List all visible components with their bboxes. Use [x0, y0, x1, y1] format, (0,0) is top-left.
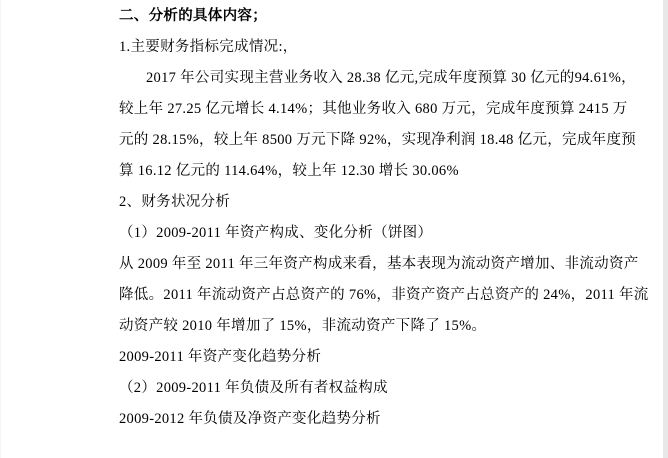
list-item-heading: （1）2009-2011 年资产构成、变化分析（饼图）	[119, 218, 561, 249]
document-line: 元的 28.15%，较上年 8500 万元下降 92%，实现净利润 18.48 …	[119, 125, 561, 156]
section-heading: 二、分析的具体内容；	[119, 1, 561, 32]
document-page: 二、分析的具体内容； 1.主要财务指标完成情况:， 2017 年公司实现主营业务…	[0, 0, 668, 458]
document-line: 2009-2011 年资产变化趋势分析	[119, 342, 561, 373]
document-line: 2017 年公司实现主营业务收入 28.38 亿元,完成年度预算 30 亿元的9…	[119, 63, 561, 94]
document-text-block: 二、分析的具体内容； 1.主要财务指标完成情况:， 2017 年公司实现主营业务…	[119, 1, 561, 435]
page-edge-shadow	[663, 0, 668, 458]
document-line: 降低。2011 年流动资产占总资产的 76%，非资产资产占总资产的 24%，20…	[119, 280, 561, 311]
document-line: 算 16.12 亿元的 114.64%，较上年 12.30 增长 30.06%	[119, 156, 561, 187]
document-line: 较上年 27.25 亿元增长 4.14%；其他业务收入 680 万元，完成年度预…	[119, 94, 561, 125]
list-item-heading: （2）2009-2011 年负债及所有者权益构成	[119, 373, 561, 404]
document-line: 从 2009 年至 2011 年三年资产构成来看，基本表现为流动资产增加、非流动…	[119, 249, 561, 280]
subsection-heading: 1.主要财务指标完成情况:，	[119, 32, 561, 63]
document-line: 动资产较 2010 年增加了 15%，非流动资产下降了 15%。	[119, 311, 561, 342]
document-line: 2009-2012 年负债及净资产变化趋势分析	[119, 404, 561, 435]
subsection-heading: 2、财务状况分析	[119, 187, 561, 218]
